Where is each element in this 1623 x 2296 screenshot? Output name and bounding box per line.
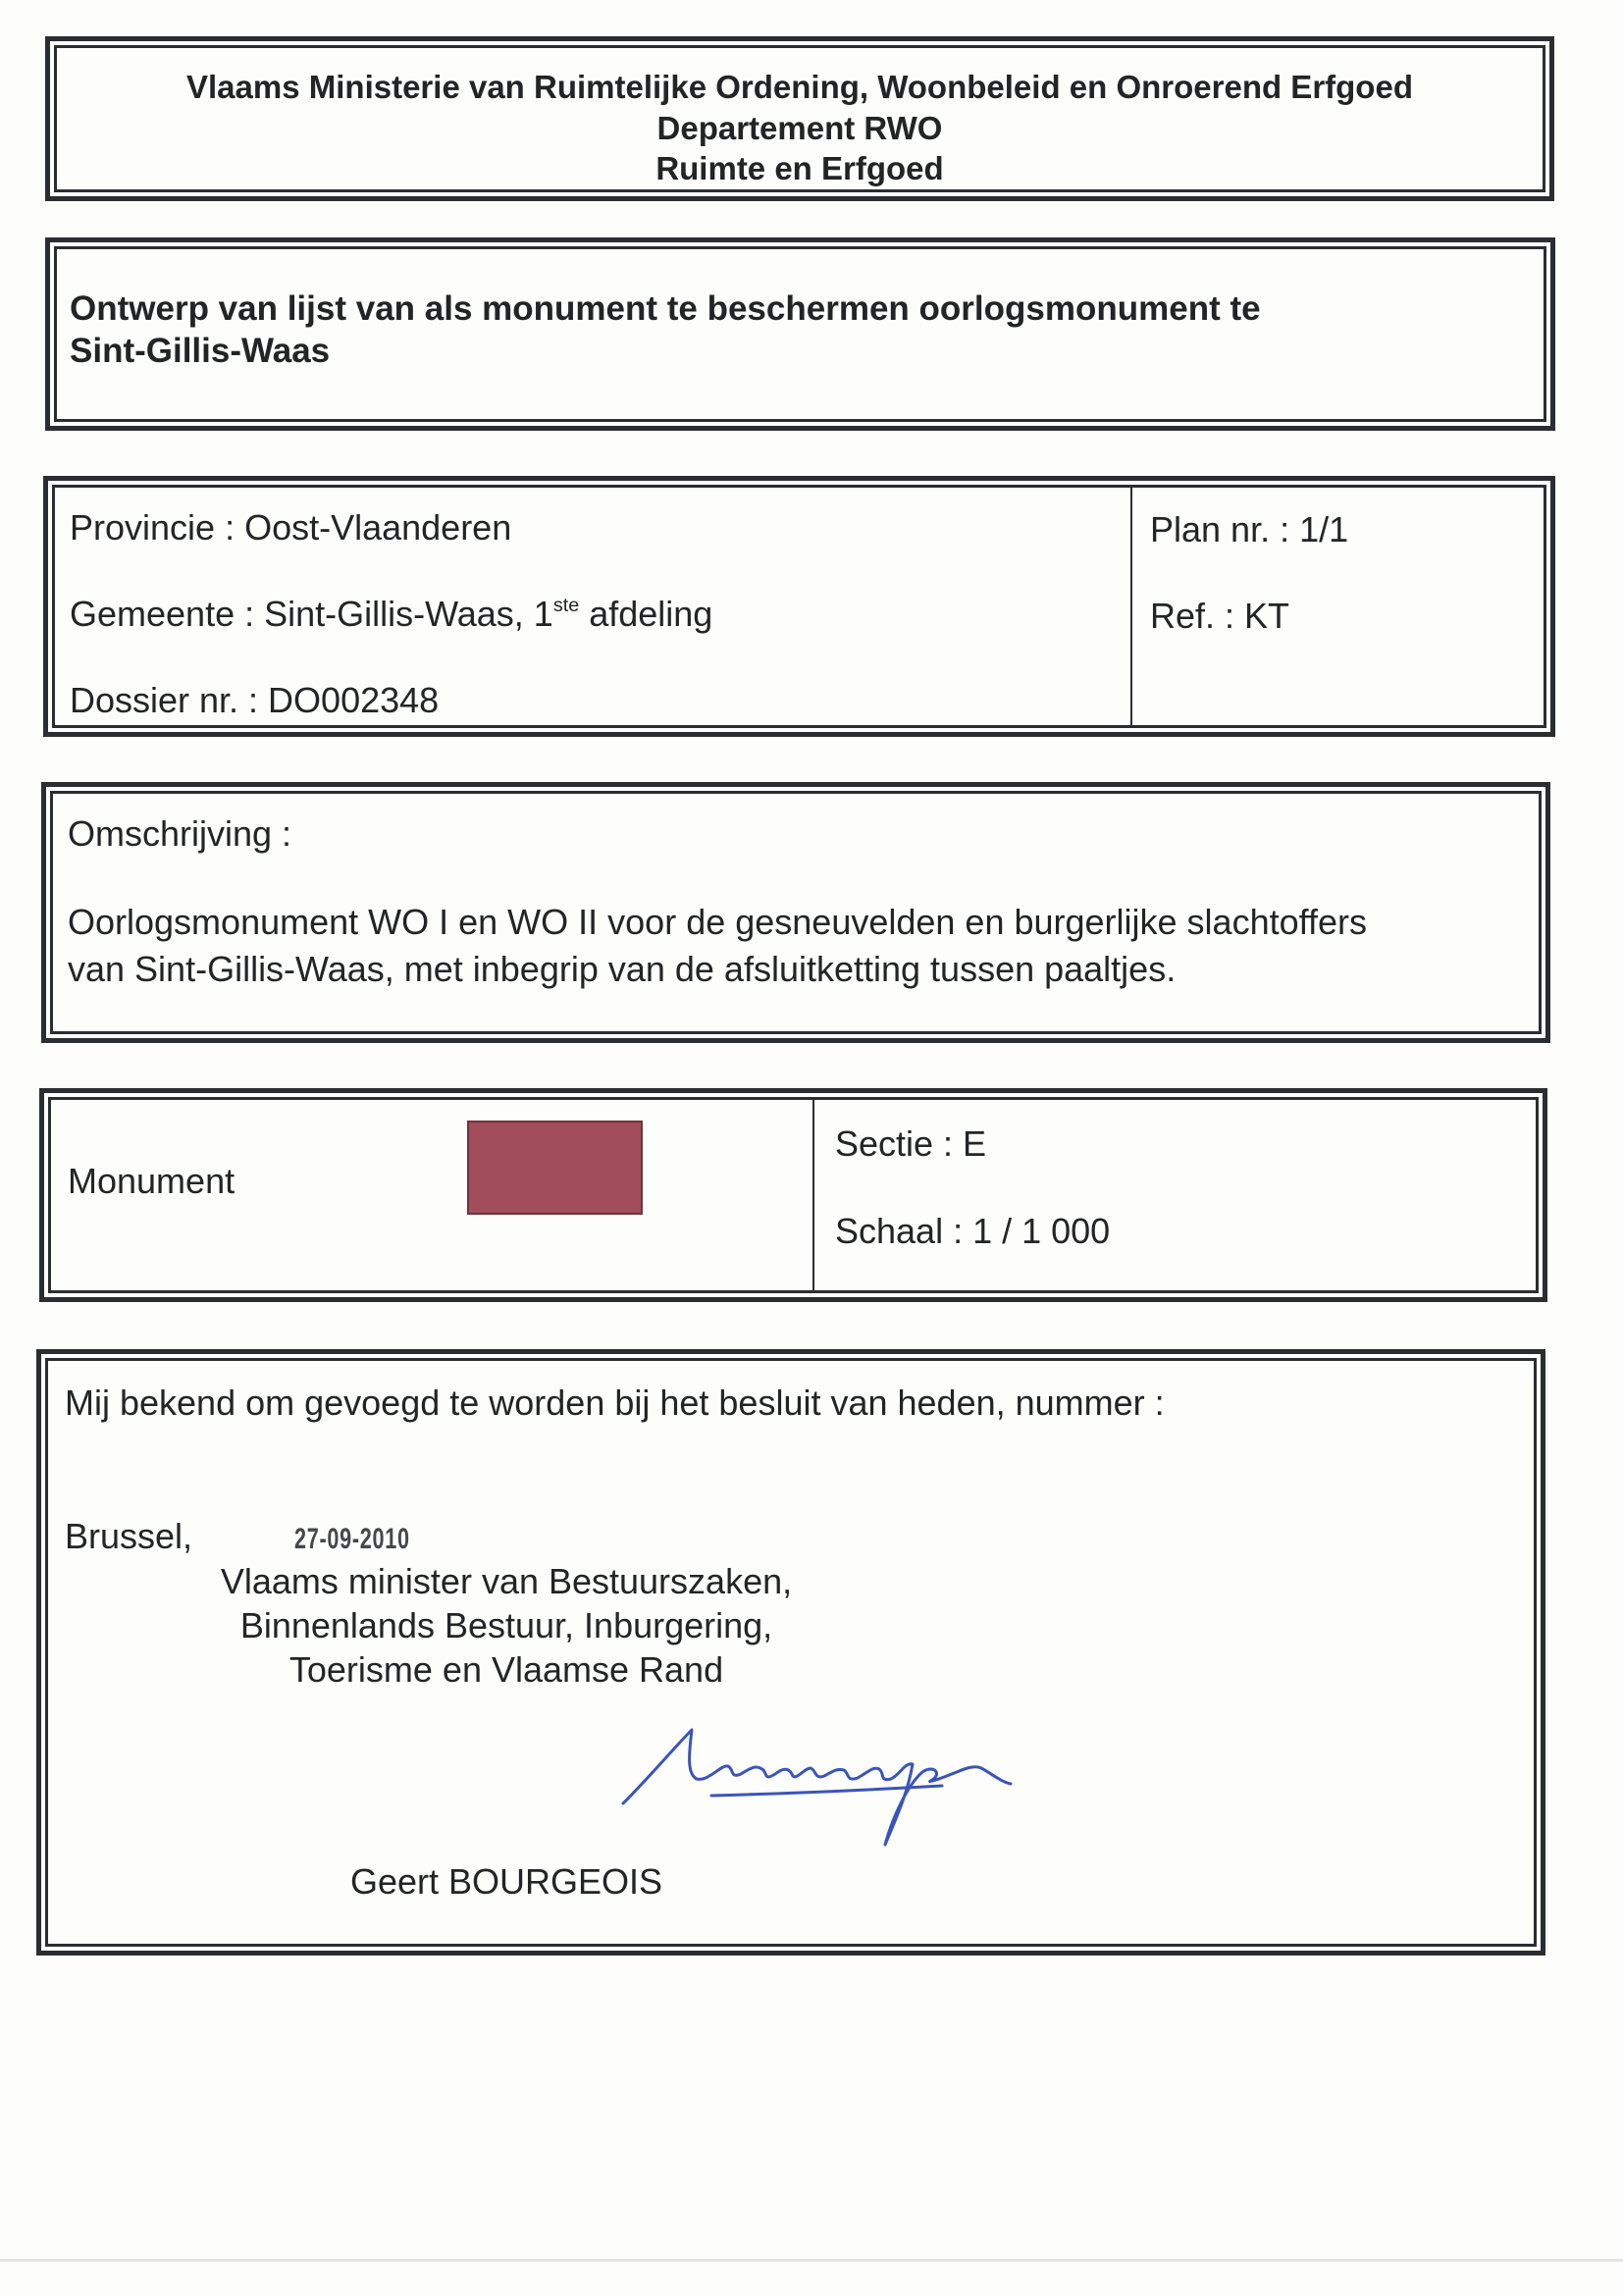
signature bbox=[618, 1725, 1089, 1848]
ministry-name: Vlaams Ministerie van Ruimtelijke Ordeni… bbox=[50, 71, 1549, 103]
division-name: Ruimte en Erfgoed bbox=[50, 152, 1549, 184]
description-label: Omschrijving : bbox=[68, 816, 291, 852]
ministry-header-box: Vlaams Ministerie van Ruimtelijke Ordeni… bbox=[45, 36, 1554, 201]
approval-box: Mij bekend om gevoegd te worden bij het … bbox=[36, 1349, 1545, 1956]
legend-divider bbox=[812, 1100, 814, 1290]
document-title-box: Ontwerp van lijst van als monument te be… bbox=[45, 237, 1555, 431]
department-name: Departement RWO bbox=[50, 112, 1549, 144]
description-line2: van Sint-Gillis-Waas, met inbegrip van d… bbox=[68, 952, 1176, 987]
gemeente-text: Gemeente : Sint-Gillis-Waas, 1 bbox=[70, 594, 553, 634]
minister-title-line2: Binnenlands Bestuur, Inburgering, bbox=[22, 1608, 991, 1644]
legend-monument-swatch bbox=[467, 1121, 643, 1215]
schaal-field: Schaal : 1 / 1 000 bbox=[835, 1214, 1110, 1249]
plan-number-field: Plan nr. : 1/1 bbox=[1150, 512, 1348, 548]
sectie-field: Sectie : E bbox=[835, 1126, 986, 1162]
minister-title-line1: Vlaams minister van Bestuurszaken, bbox=[22, 1564, 991, 1599]
date-stamp: 27-09-2010 bbox=[294, 1525, 410, 1554]
page-edge bbox=[0, 2259, 1623, 2262]
gemeente-suffix: afdeling bbox=[579, 594, 712, 634]
place-label: Brussel, bbox=[65, 1519, 192, 1554]
approval-statement: Mij bekend om gevoegd te worden bij het … bbox=[65, 1385, 1165, 1421]
signatory-name: Geert BOURGEOIS bbox=[22, 1864, 991, 1900]
document-title-line1: Ontwerp van lijst van als monument te be… bbox=[70, 291, 1261, 326]
description-box: Omschrijving : Oorlogsmonument WO I en W… bbox=[41, 782, 1550, 1043]
document-title-line2: Sint-Gillis-Waas bbox=[70, 334, 330, 368]
legend-monument-label: Monument bbox=[68, 1164, 235, 1199]
minister-title-line3: Toerisme en Vlaamse Rand bbox=[22, 1652, 991, 1688]
gemeente-ordinal: ste bbox=[553, 595, 579, 616]
gemeente-field: Gemeente : Sint-Gillis-Waas, 1ste afdeli… bbox=[70, 597, 712, 632]
description-line1: Oorlogsmonument WO I en WO II voor de ge… bbox=[68, 905, 1524, 940]
provincie-field: Provincie : Oost-Vlaanderen bbox=[70, 510, 511, 546]
details-box: Provincie : Oost-Vlaanderen Gemeente : S… bbox=[43, 476, 1555, 737]
dossier-field: Dossier nr. : DO002348 bbox=[70, 683, 439, 718]
details-divider bbox=[1130, 488, 1132, 725]
reference-field: Ref. : KT bbox=[1150, 599, 1289, 634]
legend-box: Monument Sectie : E Schaal : 1 / 1 000 bbox=[39, 1088, 1547, 1302]
